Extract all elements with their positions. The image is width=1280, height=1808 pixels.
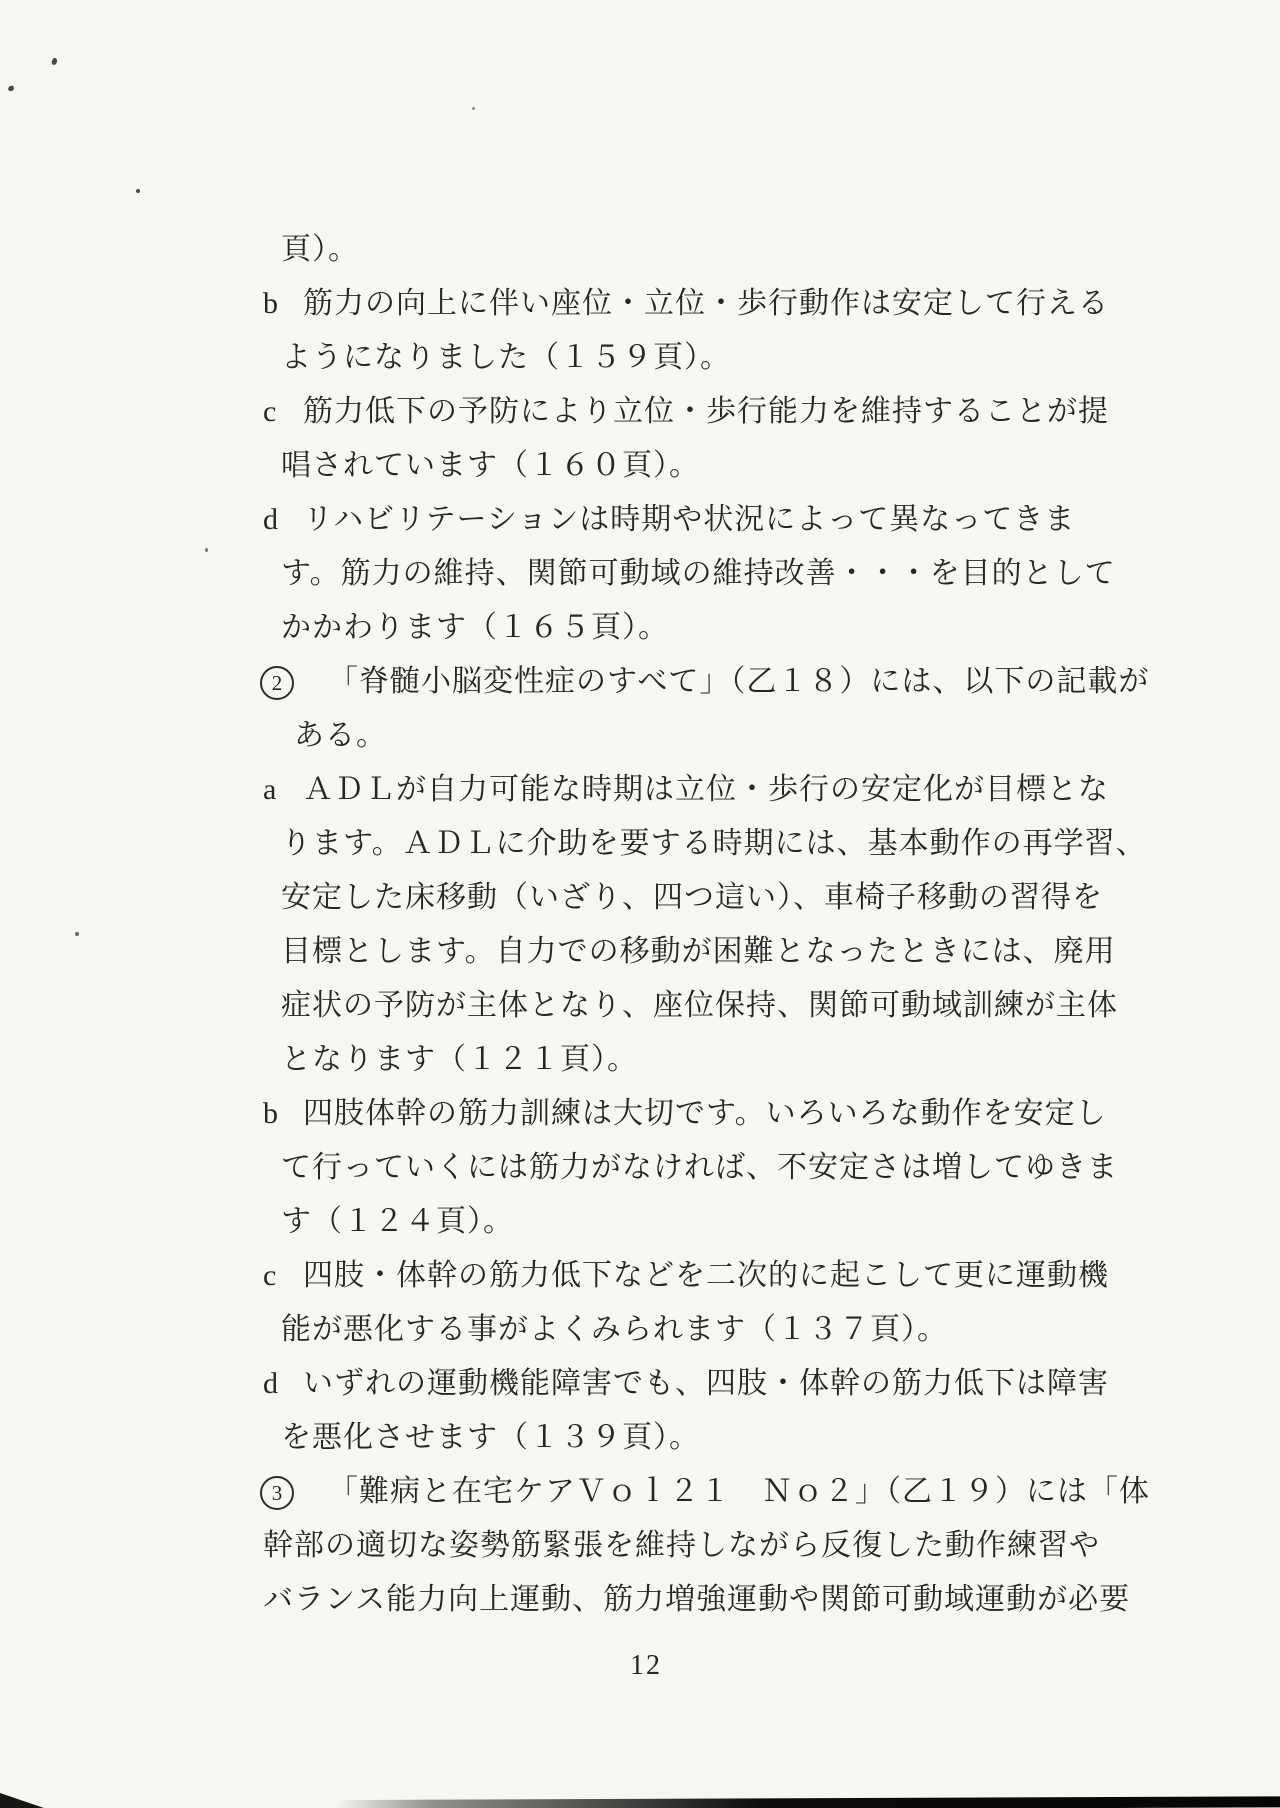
list-item-circled-3: 3「難病と在宅ケアＶｏｌ２１ Ｎｏ２」（乙１９）には「体 (258, 1465, 1280, 1519)
document-body: 頁）。 b筋力の向上に伴い座位・立位・歩行動作は安定して行える ようになりました… (0, 0, 1280, 1627)
line-text: 筋力低下の予防により立位・歩行能力を維持することが提 (303, 385, 1109, 439)
scan-shadow-bottom (335, 1796, 1280, 1808)
list-item-c: c筋力低下の予防により立位・歩行能力を維持することが提 (263, 385, 1280, 439)
list-item-b: b筋力の向上に伴い座位・立位・歩行動作は安定して行える (263, 277, 1280, 331)
line-text: 「難病と在宅ケアＶｏｌ２１ Ｎｏ２」（乙１９）には「体 (328, 1465, 1150, 1519)
item-marker: d (263, 493, 303, 547)
scan-speck (136, 189, 140, 193)
continuation-line: 安定した床移動（いざり、四つ這い）、車椅子移動の習得を (281, 871, 1280, 925)
continuation-line: バランス能力向上運動、筋力増強運動や関節可動域運動が必要 (263, 1573, 1280, 1627)
line-text: 唱されています（１６０頁）。 (281, 439, 700, 493)
circled-number-icon: 2 (260, 666, 294, 700)
page-number: 12 (12, 1650, 1280, 1682)
continuation-line: 能が悪化する事がよくみられます（１３７頁）。 (281, 1303, 1280, 1357)
circled-number-icon: 3 (260, 1476, 294, 1510)
continuation-line: ります。ＡＤＬに介助を要する時期には、基本動作の再学習、 (281, 817, 1280, 871)
item-marker-box: 2 (258, 655, 328, 709)
continuation-line: 頁）。 (281, 223, 1280, 277)
list-item-c: c四肢・体幹の筋力低下などを二次的に起こして更に運動機 (263, 1249, 1280, 1303)
line-text: す。筋力の維持、関節可動域の維持改善・・・を目的として (281, 547, 1116, 601)
continuation-line: 目標とします。自力での移動が困難となったときには、廃用 (281, 925, 1280, 979)
item-marker: d (263, 1357, 303, 1411)
continuation-line: ある。 (294, 709, 1280, 763)
line-text: 目標とします。自力での移動が困難となったときには、廃用 (281, 925, 1116, 979)
scan-shadow-corner (0, 1793, 44, 1808)
scanned-document-page: 頁）。 b筋力の向上に伴い座位・立位・歩行動作は安定して行える ようになりました… (0, 0, 1280, 1808)
continuation-line: て行っていくには筋力がなければ、不安定さは増してゆきま (281, 1141, 1280, 1195)
continuation-line: す（１２４頁）。 (281, 1195, 1280, 1249)
item-marker: b (263, 1087, 303, 1141)
scan-speck (75, 932, 79, 936)
line-text: 四肢体幹の筋力訓練は大切です。いろいろな動作を安定し (303, 1087, 1107, 1141)
scan-speck (205, 548, 208, 552)
continuation-line: 唱されています（１６０頁）。 (281, 439, 1280, 493)
continuation-line: を悪化させます（１３９頁）。 (281, 1411, 1280, 1465)
line-text: 能が悪化する事がよくみられます（１３７頁）。 (281, 1303, 948, 1357)
line-text: 安定した床移動（いざり、四つ這い）、車椅子移動の習得を (281, 871, 1103, 925)
item-marker: a (263, 763, 303, 817)
continuation-line: かかわります（１６５頁）。 (281, 601, 1280, 655)
continuation-line: となります（１２１頁）。 (281, 1033, 1280, 1087)
item-marker: c (263, 1249, 303, 1303)
list-item-a: aＡＤＬが自力可能な時期は立位・歩行の安定化が目標とな (263, 763, 1280, 817)
line-text: リハビリテーションは時期や状況によって異なってきま (303, 493, 1075, 547)
scan-speck (472, 107, 475, 110)
line-text: て行っていくには筋力がなければ、不安定さは増してゆきま (281, 1141, 1118, 1195)
item-marker: b (263, 277, 303, 331)
item-marker-box: 3 (258, 1465, 328, 1519)
continuation-line: 症状の予防が主体となり、座位保持、関節可動域訓練が主体 (281, 979, 1280, 1033)
continuation-line: ようになりました（１５９頁）。 (281, 331, 1280, 385)
line-text: 症状の予防が主体となり、座位保持、関節可動域訓練が主体 (281, 979, 1118, 1033)
continuation-line: 幹部の適切な姿勢筋緊張を維持しながら反復した動作練習や (263, 1519, 1280, 1573)
line-text: いずれの運動機能障害でも、四肢・体幹の筋力低下は障害 (303, 1357, 1109, 1411)
line-text: 頁）。 (281, 223, 359, 277)
continuation-line: す。筋力の維持、関節可動域の維持改善・・・を目的として (281, 547, 1280, 601)
line-text: す（１２４頁）。 (281, 1195, 514, 1249)
line-text: を悪化させます（１３９頁）。 (281, 1411, 700, 1465)
item-marker: c (263, 385, 303, 439)
line-text: バランス能力向上運動、筋力増強運動や関節可動域運動が必要 (263, 1573, 1130, 1627)
line-text: 幹部の適切な姿勢筋緊張を維持しながら反復した動作練習や (263, 1519, 1100, 1573)
line-text: となります（１２１頁）。 (281, 1033, 638, 1087)
line-text: 四肢・体幹の筋力低下などを二次的に起こして更に運動機 (303, 1249, 1109, 1303)
line-text: ＡＤＬが自力可能な時期は立位・歩行の安定化が目標とな (303, 763, 1109, 817)
line-text: 筋力の向上に伴い座位・立位・歩行動作は安定して行える (303, 277, 1109, 331)
line-text: かかわります（１６５頁）。 (281, 601, 669, 655)
line-text: ります。ＡＤＬに介助を要する時期には、基本動作の再学習、 (281, 817, 1147, 871)
line-text: 「脊髄小脳変性症のすべて」（乙１８）には、以下の記載が (328, 655, 1149, 709)
line-text: ある。 (294, 709, 387, 763)
list-item-circled-2: 2「脊髄小脳変性症のすべて」（乙１８）には、以下の記載が (258, 655, 1280, 709)
list-item-d: dリハビリテーションは時期や状況によって異なってきま (263, 493, 1280, 547)
list-item-b: b四肢体幹の筋力訓練は大切です。いろいろな動作を安定し (263, 1087, 1280, 1141)
line-text: ようになりました（１５９頁）。 (281, 331, 731, 385)
list-item-d: dいずれの運動機能障害でも、四肢・体幹の筋力低下は障害 (263, 1357, 1280, 1411)
